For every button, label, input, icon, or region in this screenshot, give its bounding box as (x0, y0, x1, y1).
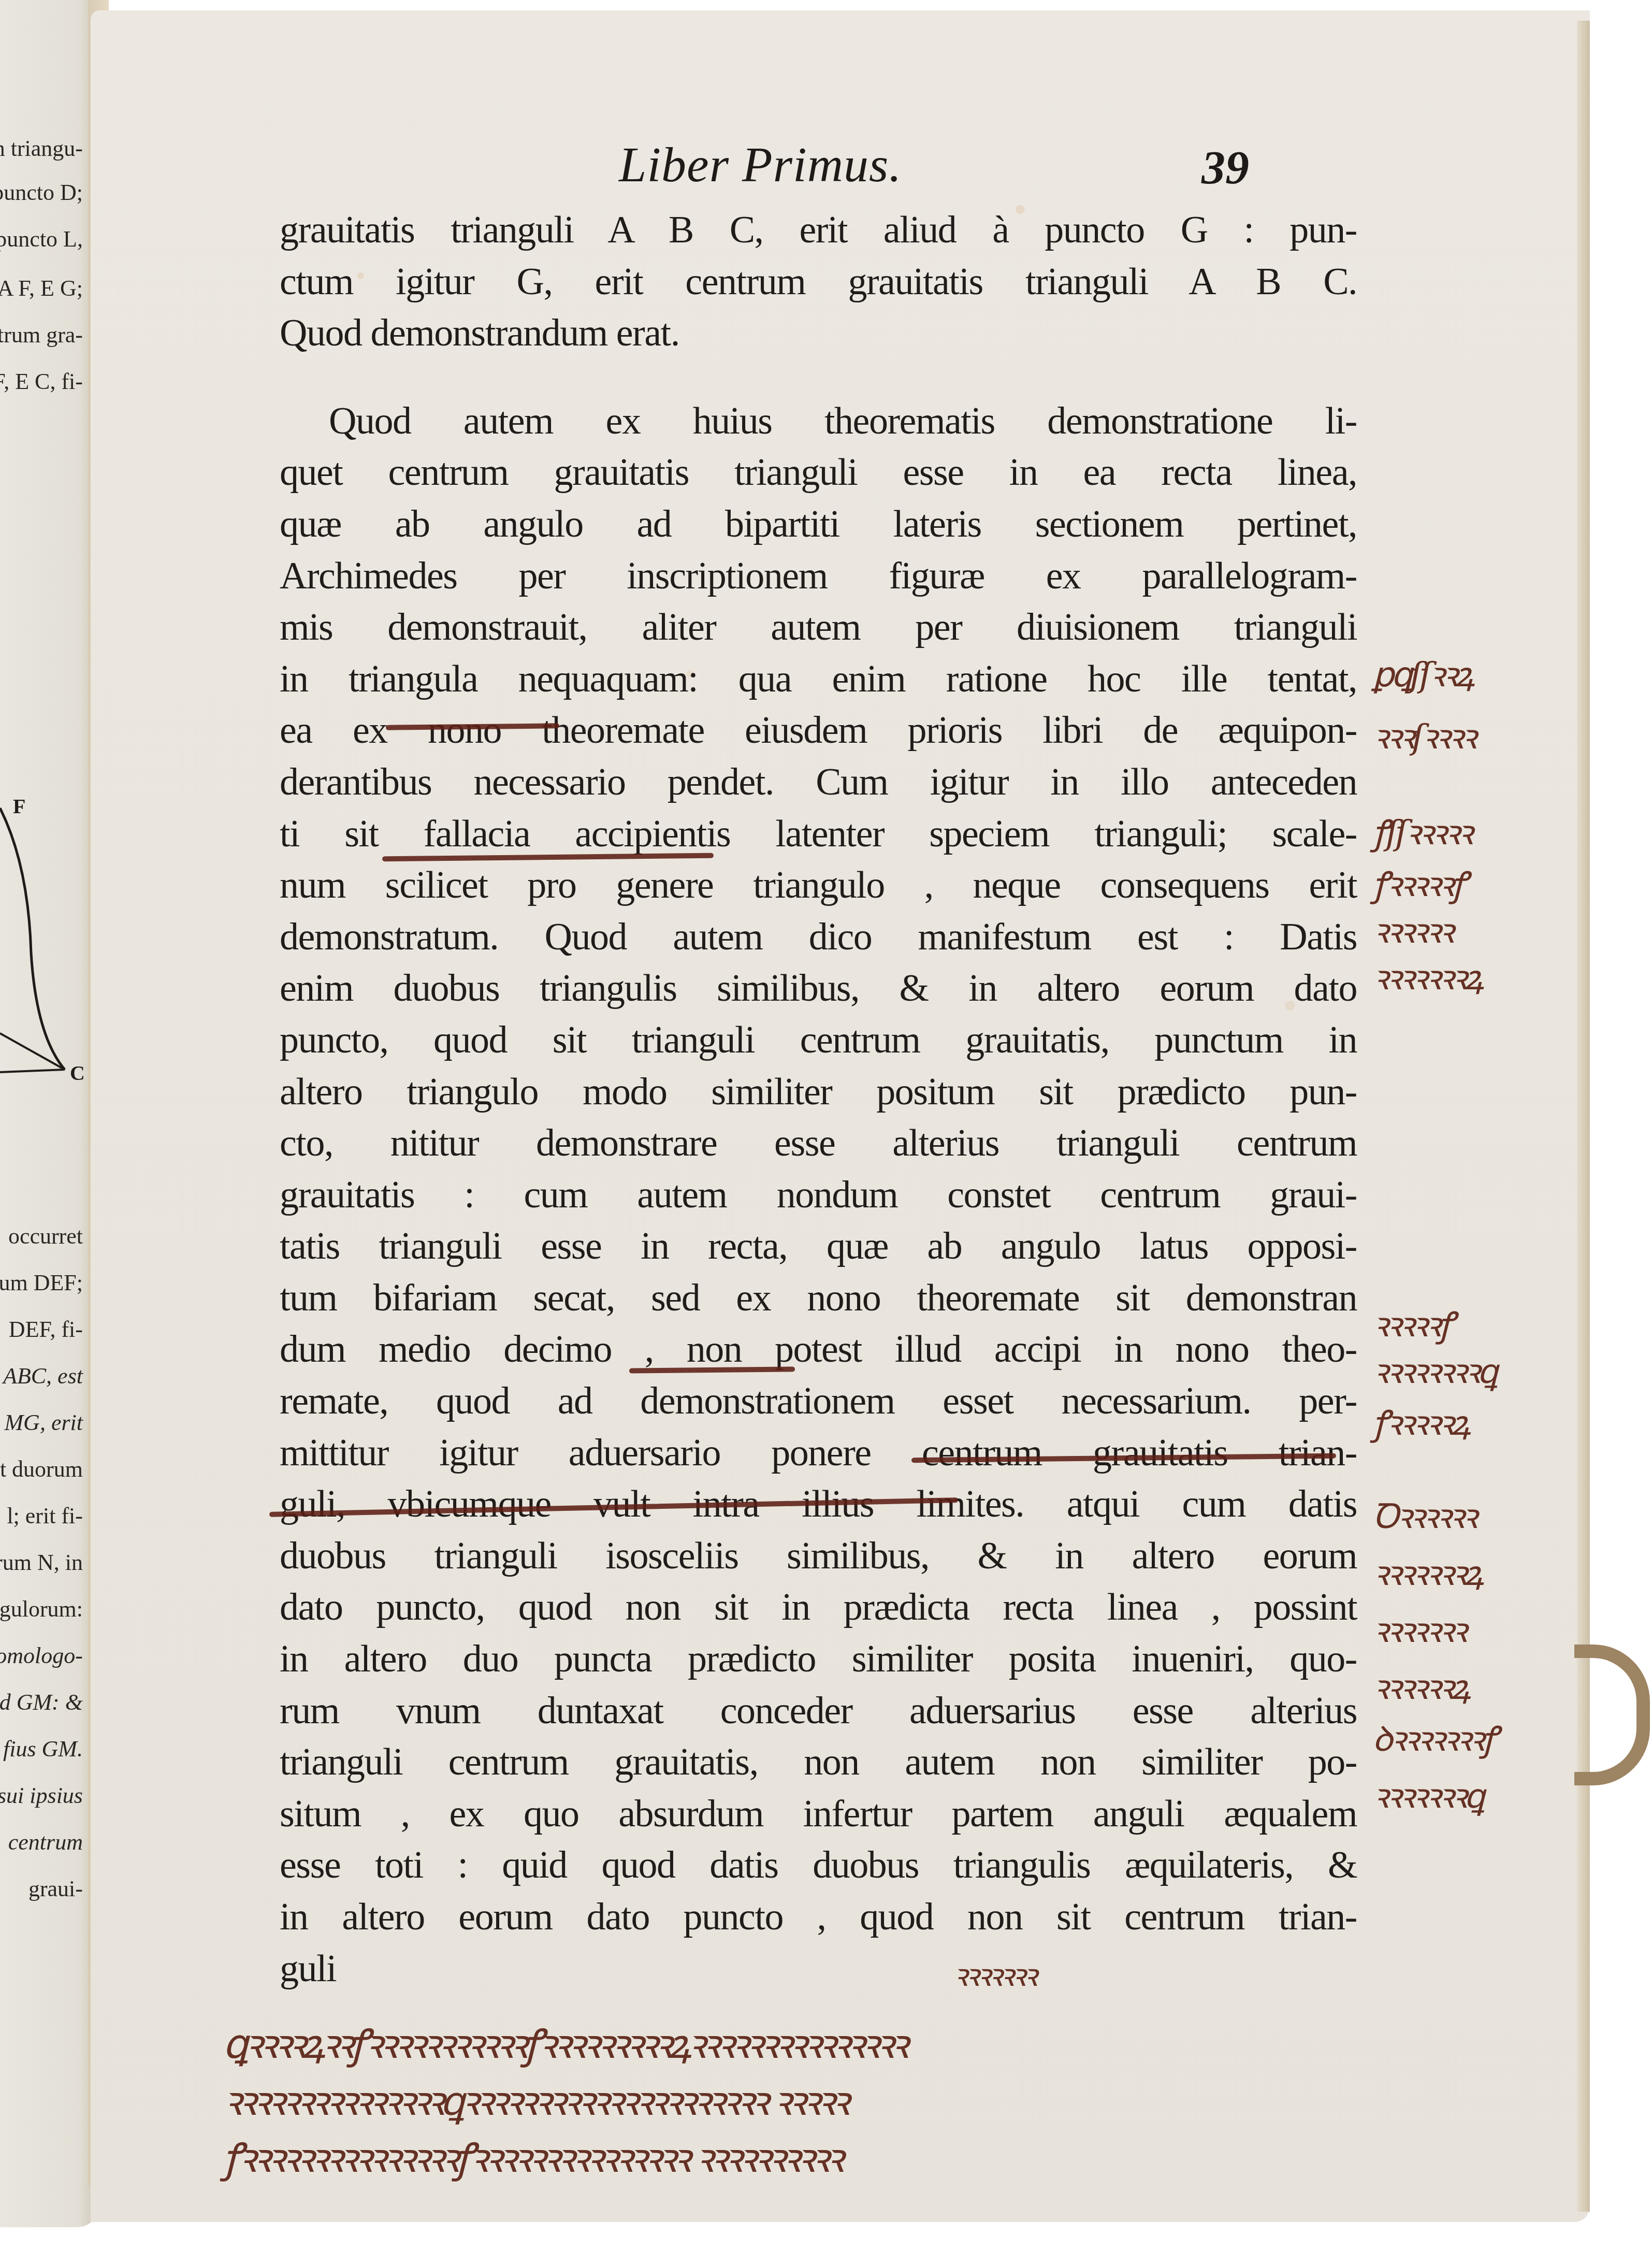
running-head: Liber Primus. (619, 136, 902, 193)
margin-annotation: ꝛꝛꝛꝛꝛꝛꝛꝝ (1372, 953, 1481, 1000)
binding-tie-string (1574, 1645, 1650, 1785)
text-line: in triangula nequaquam: qua enim ratione… (280, 654, 1357, 705)
left-page-text-line: ABC, est (3, 1365, 83, 1388)
text-line: enim duobus triangulis similibus, & in a… (280, 963, 1357, 1015)
text-line: altero triangulo modo similiter positum … (280, 1066, 1357, 1118)
left-page-text-line: n A F, E G; (0, 277, 83, 300)
left-page-text-line: graui- (28, 1878, 83, 1900)
catchword: guli (280, 1943, 1357, 1995)
margin-annotation: ꝛꝛꝛꝛꝛꝛꝛꝛꝗ (1372, 1347, 1495, 1393)
text-line: quet centrum grauitatis trianguli esse i… (280, 447, 1357, 499)
text-line: in altero eorum dato puncto , quod non s… (280, 1892, 1357, 1943)
text-line: dato puncto, quod non sit in prædicta re… (280, 1582, 1357, 1634)
page-fore-edge (1577, 21, 1590, 2212)
margin-annotation: ꝛꝛꝛꝛꝛꝛꝛ (1372, 1606, 1464, 1652)
left-page-text-line: puncto L, (0, 228, 83, 251)
text-line: situm , ex quo absurdum infertur partem … (280, 1789, 1357, 1840)
text-line: Quod demonstrandum erat. (280, 308, 1357, 359)
left-page-text-line: MG, erit (4, 1411, 83, 1434)
text-line: dum medio decimo , non potest illud acci… (280, 1324, 1357, 1376)
text-line: quæ ab angulo ad bipartiti lateris secti… (280, 499, 1357, 551)
margin-annotation: Ꝺꝛꝛꝛꝛꝛꝛ (1372, 1492, 1474, 1538)
facing-page-fragment: n triangu- puncto D; puncto L, n A F, E … (0, 0, 98, 2227)
text-line: ea ex nono theoremate eiusdem prioris li… (280, 705, 1357, 757)
left-page-text-line: rum DEF; (0, 1272, 83, 1294)
text-line: mis demonstrauit, aliter autem per diuis… (280, 602, 1357, 654)
left-page-text-line: n triangu- (0, 137, 83, 160)
margin-annotation: ꝑꝗſſꝛꝛꝝ (1372, 650, 1471, 697)
left-page-text-line: fius GM. (3, 1738, 83, 1761)
text-line: duobus trianguli isosceliis similibus, &… (280, 1531, 1357, 1582)
left-page-text-line: l; erit fi- (7, 1505, 83, 1527)
left-page-text-line: centrum (8, 1831, 83, 1854)
page-number: 39 (1201, 140, 1249, 195)
text-line: Quod autem ex huius theorematis demonstr… (280, 396, 1357, 448)
margin-annotation: ꝭſſꝛꝛꝛꝛꝛ (1372, 808, 1470, 855)
text-line: remate, quod ad demonstrationem esset ne… (280, 1376, 1357, 1427)
margin-annotation: ꝭꝛꝛꝛꝛꝛꝭ (1372, 860, 1464, 906)
left-page-text-line: puncto D; (0, 181, 83, 204)
geometric-diagram: F C (0, 777, 98, 1098)
left-page-text-line: gulorum: (0, 1598, 83, 1621)
left-page-text-line: DEF, fi- (9, 1318, 83, 1341)
footer-annotation: ꝛꝛꝛꝛꝛꝛꝛꝛꝛꝛꝛꝛꝛꝛꝛꝗꝛꝛꝛꝛꝛꝛꝛꝛꝛꝛꝛꝛꝛꝛꝛꝛꝛꝛꝛꝛꝛ ꝛꝛ… (223, 2072, 845, 2127)
text-line: ti sit fallacia accipientis latenter spe… (280, 809, 1357, 860)
printed-text-block: grauitatis trianguli A B C, erit aliud à… (280, 205, 1357, 1995)
text-line: ctum igitur G, erit centrum grauitatis t… (280, 256, 1357, 308)
left-page-text-line: F, E C, fi- (0, 370, 83, 393)
left-page-text-line: occurret (8, 1225, 83, 1248)
margin-annotation: ꝛꝛꝛꝛꝛꝛ (1372, 906, 1451, 953)
left-page-text-line: t duorum (0, 1458, 83, 1481)
margin-annotation: ꝛꝛꝛꝛꝛꝛꝛꝗ (1372, 1771, 1482, 1818)
text-line: esse toti : quid quod datis duobus trian… (280, 1840, 1357, 1892)
text-line: tum bifariam secat, sed ex nono theorema… (280, 1273, 1357, 1324)
left-page-text-line: entrum gra- (0, 324, 83, 347)
text-line: cto, nititur demonstrare esse alterius t… (280, 1118, 1357, 1170)
left-page-text-line: it sui ipsius (0, 1784, 83, 1807)
margin-annotation: ꝛꝛꝛꝛꝛꝛꝝ (1372, 1663, 1468, 1709)
left-page-text-line: homologo- (0, 1645, 83, 1667)
text-line: trianguli centrum grauitatis, non autem … (280, 1737, 1357, 1789)
text-line: grauitatis : cum autem nondum constet ce… (280, 1170, 1357, 1221)
text-line: demonstratum. Quod autem dico manifestum… (280, 912, 1357, 963)
text-line: grauitatis trianguli A B C, erit aliud à… (280, 205, 1357, 256)
margin-annotation: ꝛꝛꝛſꝛꝛꝛꝛ (1372, 712, 1473, 759)
text-line: mittitur igitur aduersario ponere centru… (280, 1427, 1357, 1479)
margin-annotation: ꝛꝛꝛꝛꝛꝛꝛꝝ (1372, 1549, 1481, 1595)
margin-annotation: ꝺꝛꝛꝛꝛꝛꝛꝛꝭ (1372, 1714, 1495, 1761)
text-line: in altero duo puncta prædicto similiter … (280, 1634, 1357, 1685)
margin-annotation: ꝛꝛꝛꝛꝛꝭ (1372, 1300, 1451, 1347)
footer-annotation: ꝭꝛꝛꝛꝛꝛꝛꝛꝛꝛꝛꝛꝛꝛꝛꝛꝭꝛꝛꝛꝛꝛꝛꝛꝛꝛꝛꝛꝛꝛꝛꝛ ꝛꝛꝛꝛꝛꝛꝛ… (223, 2129, 839, 2184)
left-page-text-line: d GM: & (0, 1691, 83, 1714)
text-line: tatis trianguli esse in recta, quæ ab an… (280, 1221, 1357, 1273)
diagram-label-c: C (70, 1061, 85, 1085)
margin-annotation: ꝭꝛꝛꝛꝛꝛꝝ (1372, 1398, 1468, 1445)
footer-annotation: ꝗꝛꝛꝛꝛꝝꝛꝛꝭꝛꝛꝛꝛꝛꝛꝛꝛꝛꝛꝛꝭꝛꝛꝛꝛꝛꝛꝛꝛꝛꝝꝛꝛꝛꝛꝛꝛꝛꝛꝛ… (223, 2015, 904, 2070)
text-line: num scilicet pro genere triangulo , nequ… (280, 860, 1357, 912)
text-line: derantibus necessario pendet. Cum igitur… (280, 757, 1357, 809)
text-line: puncto, quod sit trianguli centrum graui… (280, 1015, 1357, 1066)
annotation-above-catchword: ꝛꝛꝛꝛꝛꝛꝛ (953, 1953, 1034, 1995)
text-line: rum vnum duntaxat conceder aduersarius e… (280, 1685, 1357, 1737)
left-page-text-line: rum N, in (0, 1551, 83, 1574)
diagram-label-f: F (13, 795, 25, 818)
text-line: Archimedes per inscriptionem figuræ ex p… (280, 551, 1357, 602)
